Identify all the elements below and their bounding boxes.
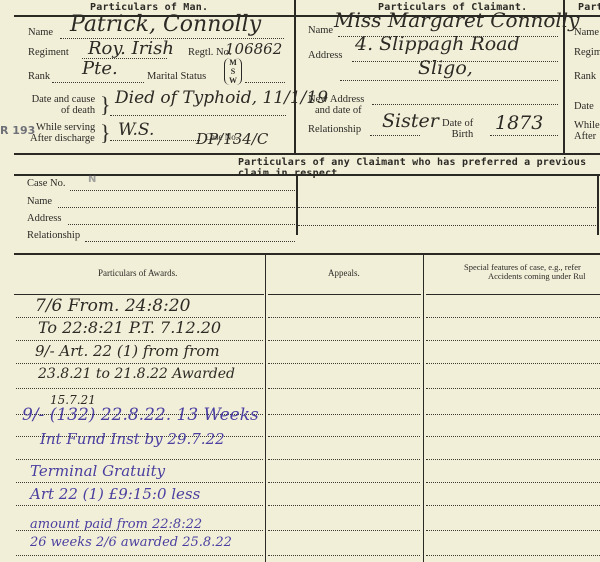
award-entry: 23.8.21 to 21.8.22 Awarded	[38, 366, 235, 382]
awards-appeals-divider	[265, 254, 266, 562]
serving-brace: }	[100, 122, 111, 144]
ruled-line	[268, 555, 420, 556]
ruled-line	[268, 482, 420, 483]
award-entry: Art 22 (1) £9:15:0 less	[30, 485, 200, 503]
appeals-heading: Appeals.	[328, 268, 360, 278]
third-date-label: Date	[574, 101, 594, 112]
man-serving-label: While serving After discharge	[30, 122, 95, 144]
man-rank-value: Pte.	[82, 58, 118, 79]
ruled-line	[426, 414, 600, 415]
ruled-line	[426, 482, 600, 483]
marital-status-options: M S W	[224, 58, 242, 85]
ruled-line	[268, 505, 420, 506]
ruled-line	[426, 317, 600, 318]
ruled-line	[268, 436, 420, 437]
award-entry: 7/6 From. 24:8:20	[35, 296, 190, 316]
man-marital-line	[245, 82, 285, 83]
award-entry: 9/- (132) 22.8.22. 13 Weeks	[22, 405, 259, 425]
awards-heading: Particulars of Awards.	[98, 268, 177, 278]
marital-option-m: M	[225, 58, 241, 67]
ruled-line	[16, 482, 263, 483]
marital-option-w: W	[225, 76, 241, 85]
ruled-line	[16, 505, 263, 506]
claimant-address-line-2	[340, 80, 558, 81]
ruled-line	[16, 340, 263, 341]
prev-case-no-label: Case No.	[27, 178, 66, 189]
ruled-line	[426, 388, 600, 389]
third-regiment-label: Regim	[574, 47, 600, 58]
man-rank-label: Rank	[28, 71, 50, 82]
award-entry: 26 weeks 2/6 awarded 25.8.22	[30, 535, 232, 550]
third-section-heading: Parti	[578, 2, 600, 13]
claimant-dob-value: 1873	[495, 112, 543, 134]
ruled-line	[16, 555, 263, 556]
award-entry: 9/- Art. 22 (1) from from	[35, 342, 220, 360]
prev-relationship-label: Relationship	[27, 230, 80, 241]
claimant-relationship-label: Relationship	[308, 124, 361, 135]
award-entry: Int Fund Inst by 29.7.22	[40, 430, 225, 448]
ruled-line	[426, 459, 600, 460]
ruled-line	[268, 530, 420, 531]
man-rank-line	[52, 82, 144, 83]
award-entry: To 22:8:21 P.T. 7.12.20	[38, 318, 221, 337]
ruled-line	[426, 505, 600, 506]
top-section-bottom-rule	[14, 153, 600, 155]
man-name-value: Patrick, Connolly	[70, 12, 261, 37]
prev-case-no-line	[70, 190, 295, 191]
man-death-label: Date and cause of death	[28, 94, 95, 116]
prev-name-label: Name	[27, 196, 52, 207]
man-death-line	[110, 115, 286, 116]
death-brace: }	[100, 94, 111, 116]
prev-case-no-mark: N	[88, 174, 96, 185]
prev-address-line	[68, 224, 295, 225]
ruled-line	[426, 530, 600, 531]
third-serving-label: While After	[574, 120, 600, 142]
claimant-dob-line	[490, 135, 558, 136]
ruled-line	[268, 363, 420, 364]
ruled-line	[268, 414, 420, 415]
awards-col-rule	[14, 294, 264, 295]
man-name-label: Name	[28, 27, 53, 38]
prev-name-line-right	[298, 207, 596, 208]
man-serving-line	[110, 140, 200, 141]
special-features-heading: Special features of case, e.g., refer Ac…	[464, 263, 600, 281]
ruled-line	[426, 340, 600, 341]
claimant-name-label: Name	[308, 25, 333, 36]
claimant-address-value-2: Sligo,	[418, 57, 473, 79]
prev-name-line	[58, 207, 295, 208]
man-regiment-label: Regiment	[28, 47, 69, 58]
claimant-relationship-line	[370, 135, 420, 136]
prev-address-line-right	[298, 225, 596, 226]
previous-claim-divider-1	[296, 175, 298, 235]
ruled-line	[16, 388, 263, 389]
award-entry: amount paid from 22:8:22	[30, 517, 202, 532]
prev-address-label: Address	[27, 213, 61, 224]
man-serving-value: W.S.	[118, 120, 154, 140]
previous-claim-divider-2	[597, 175, 599, 235]
appeals-special-divider	[423, 254, 424, 562]
prev-relationship-line	[85, 241, 295, 242]
ruled-line	[16, 363, 263, 364]
man-case-no-value: DP/134/C	[196, 130, 268, 148]
ruled-line	[426, 555, 600, 556]
previous-claim-bottom-rule	[14, 253, 600, 255]
third-rank-label: Rank	[574, 71, 596, 82]
man-regiment-value: Roy. Irish	[88, 38, 174, 59]
ruled-line	[268, 388, 420, 389]
marital-option-s: S	[225, 67, 241, 76]
ruled-line	[426, 363, 600, 364]
claimant-address-label: Address	[308, 50, 342, 61]
man-claimant-divider	[294, 0, 296, 154]
ruled-line	[268, 340, 420, 341]
claimant-address-value-1: 4. Slippagh Road	[355, 33, 520, 55]
man-regtl-no-value: 106862	[225, 40, 282, 58]
ruled-line	[268, 317, 420, 318]
special-col-rule	[426, 294, 600, 295]
claimant-name-value: Miss Margaret Connolly	[334, 8, 579, 32]
claimant-new-address-line	[372, 104, 558, 105]
award-entry: Terminal Gratuity	[30, 462, 165, 480]
ruled-line	[268, 459, 420, 460]
ruled-line	[16, 459, 263, 460]
previous-claim-top-rule	[14, 174, 600, 176]
claimant-relationship-value: Sister	[382, 110, 439, 132]
claimant-dob-label: Date of Birth	[442, 118, 473, 140]
claimant-new-address-label: New Address and date of	[308, 94, 364, 116]
appeals-col-rule	[268, 294, 421, 295]
received-stamp: R 193	[0, 124, 35, 137]
man-marital-label: Marital Status	[147, 71, 206, 82]
man-death-value: Died of Typhoid, 11/1/19	[115, 88, 328, 108]
third-name-label: Name	[574, 27, 599, 38]
ruled-line	[426, 436, 600, 437]
